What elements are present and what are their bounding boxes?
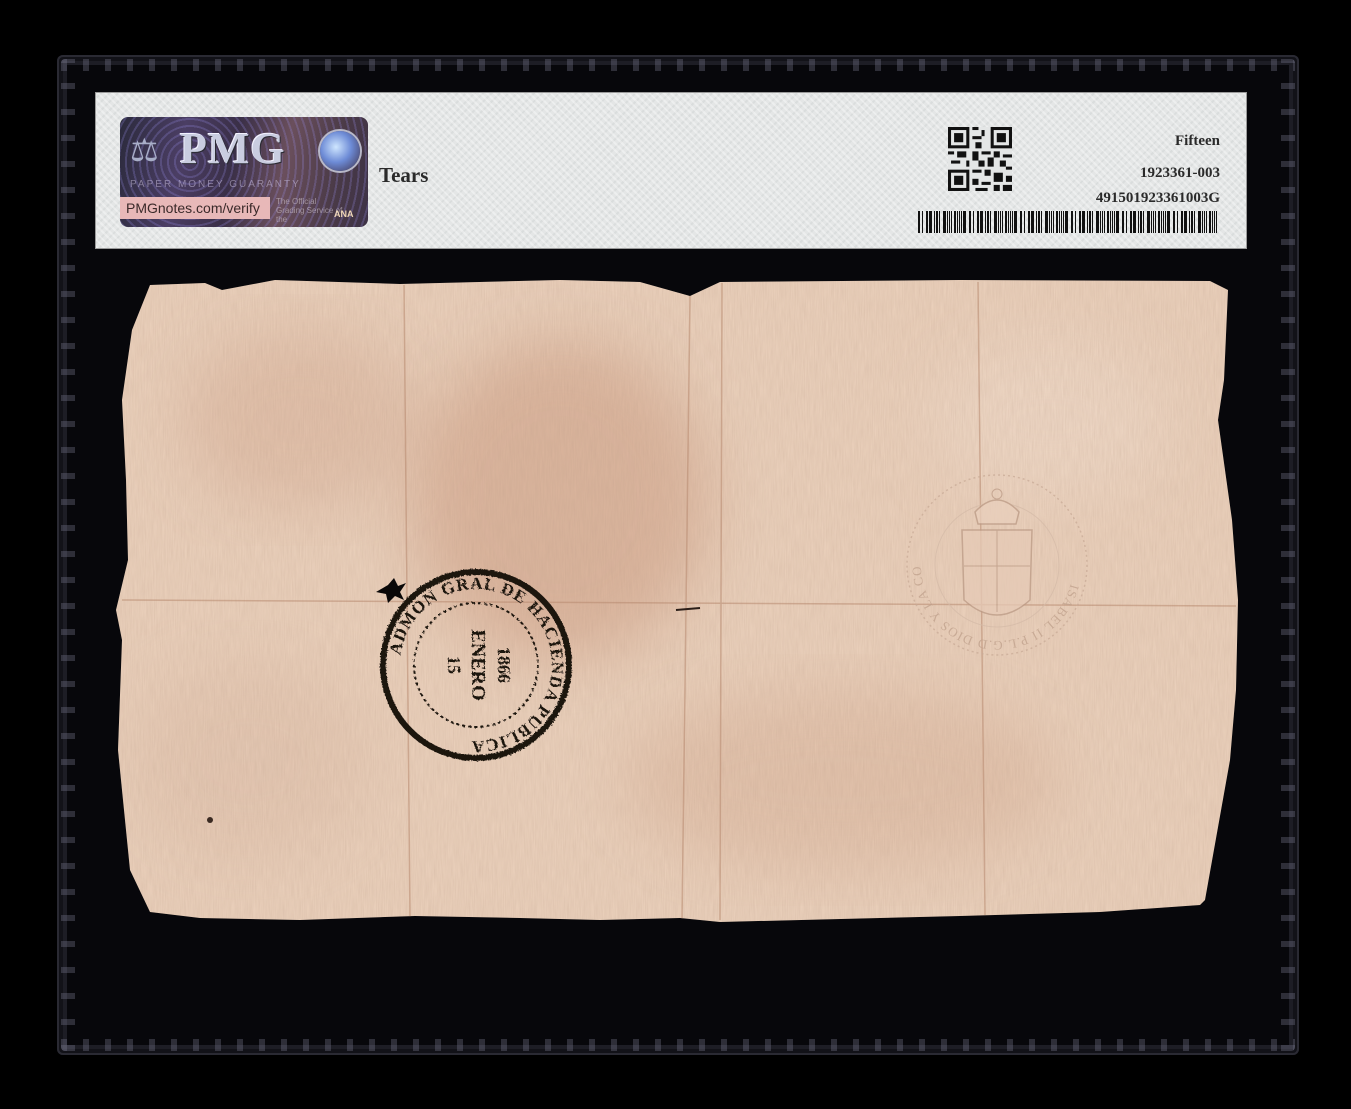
- ana-text: ANA: [334, 209, 354, 219]
- pmg-logo: PMG: [180, 123, 286, 174]
- grading-label: ⚖ PMG PAPER MONEY GUARANTY PMGnotes.com/…: [96, 93, 1246, 248]
- barcode-number: 491501923361003G: [1096, 190, 1220, 207]
- pmg-hologram: ⚖ PMG PAPER MONEY GUARANTY PMGnotes.com/…: [120, 117, 368, 227]
- hologram-seal-icon: [320, 131, 360, 171]
- scales-icon: ⚖: [130, 131, 159, 169]
- hologram-subtitle: PAPER MONEY GUARANTY: [130, 179, 301, 190]
- cert-number: 1923361-003: [1140, 165, 1220, 182]
- grade-comment: Tears: [379, 163, 428, 188]
- grade-text: Fifteen: [1175, 133, 1220, 150]
- barcode-icon[interactable]: [918, 211, 1220, 233]
- verify-link[interactable]: PMGnotes.com/verify: [120, 197, 270, 219]
- qr-code-icon[interactable]: [948, 127, 1012, 191]
